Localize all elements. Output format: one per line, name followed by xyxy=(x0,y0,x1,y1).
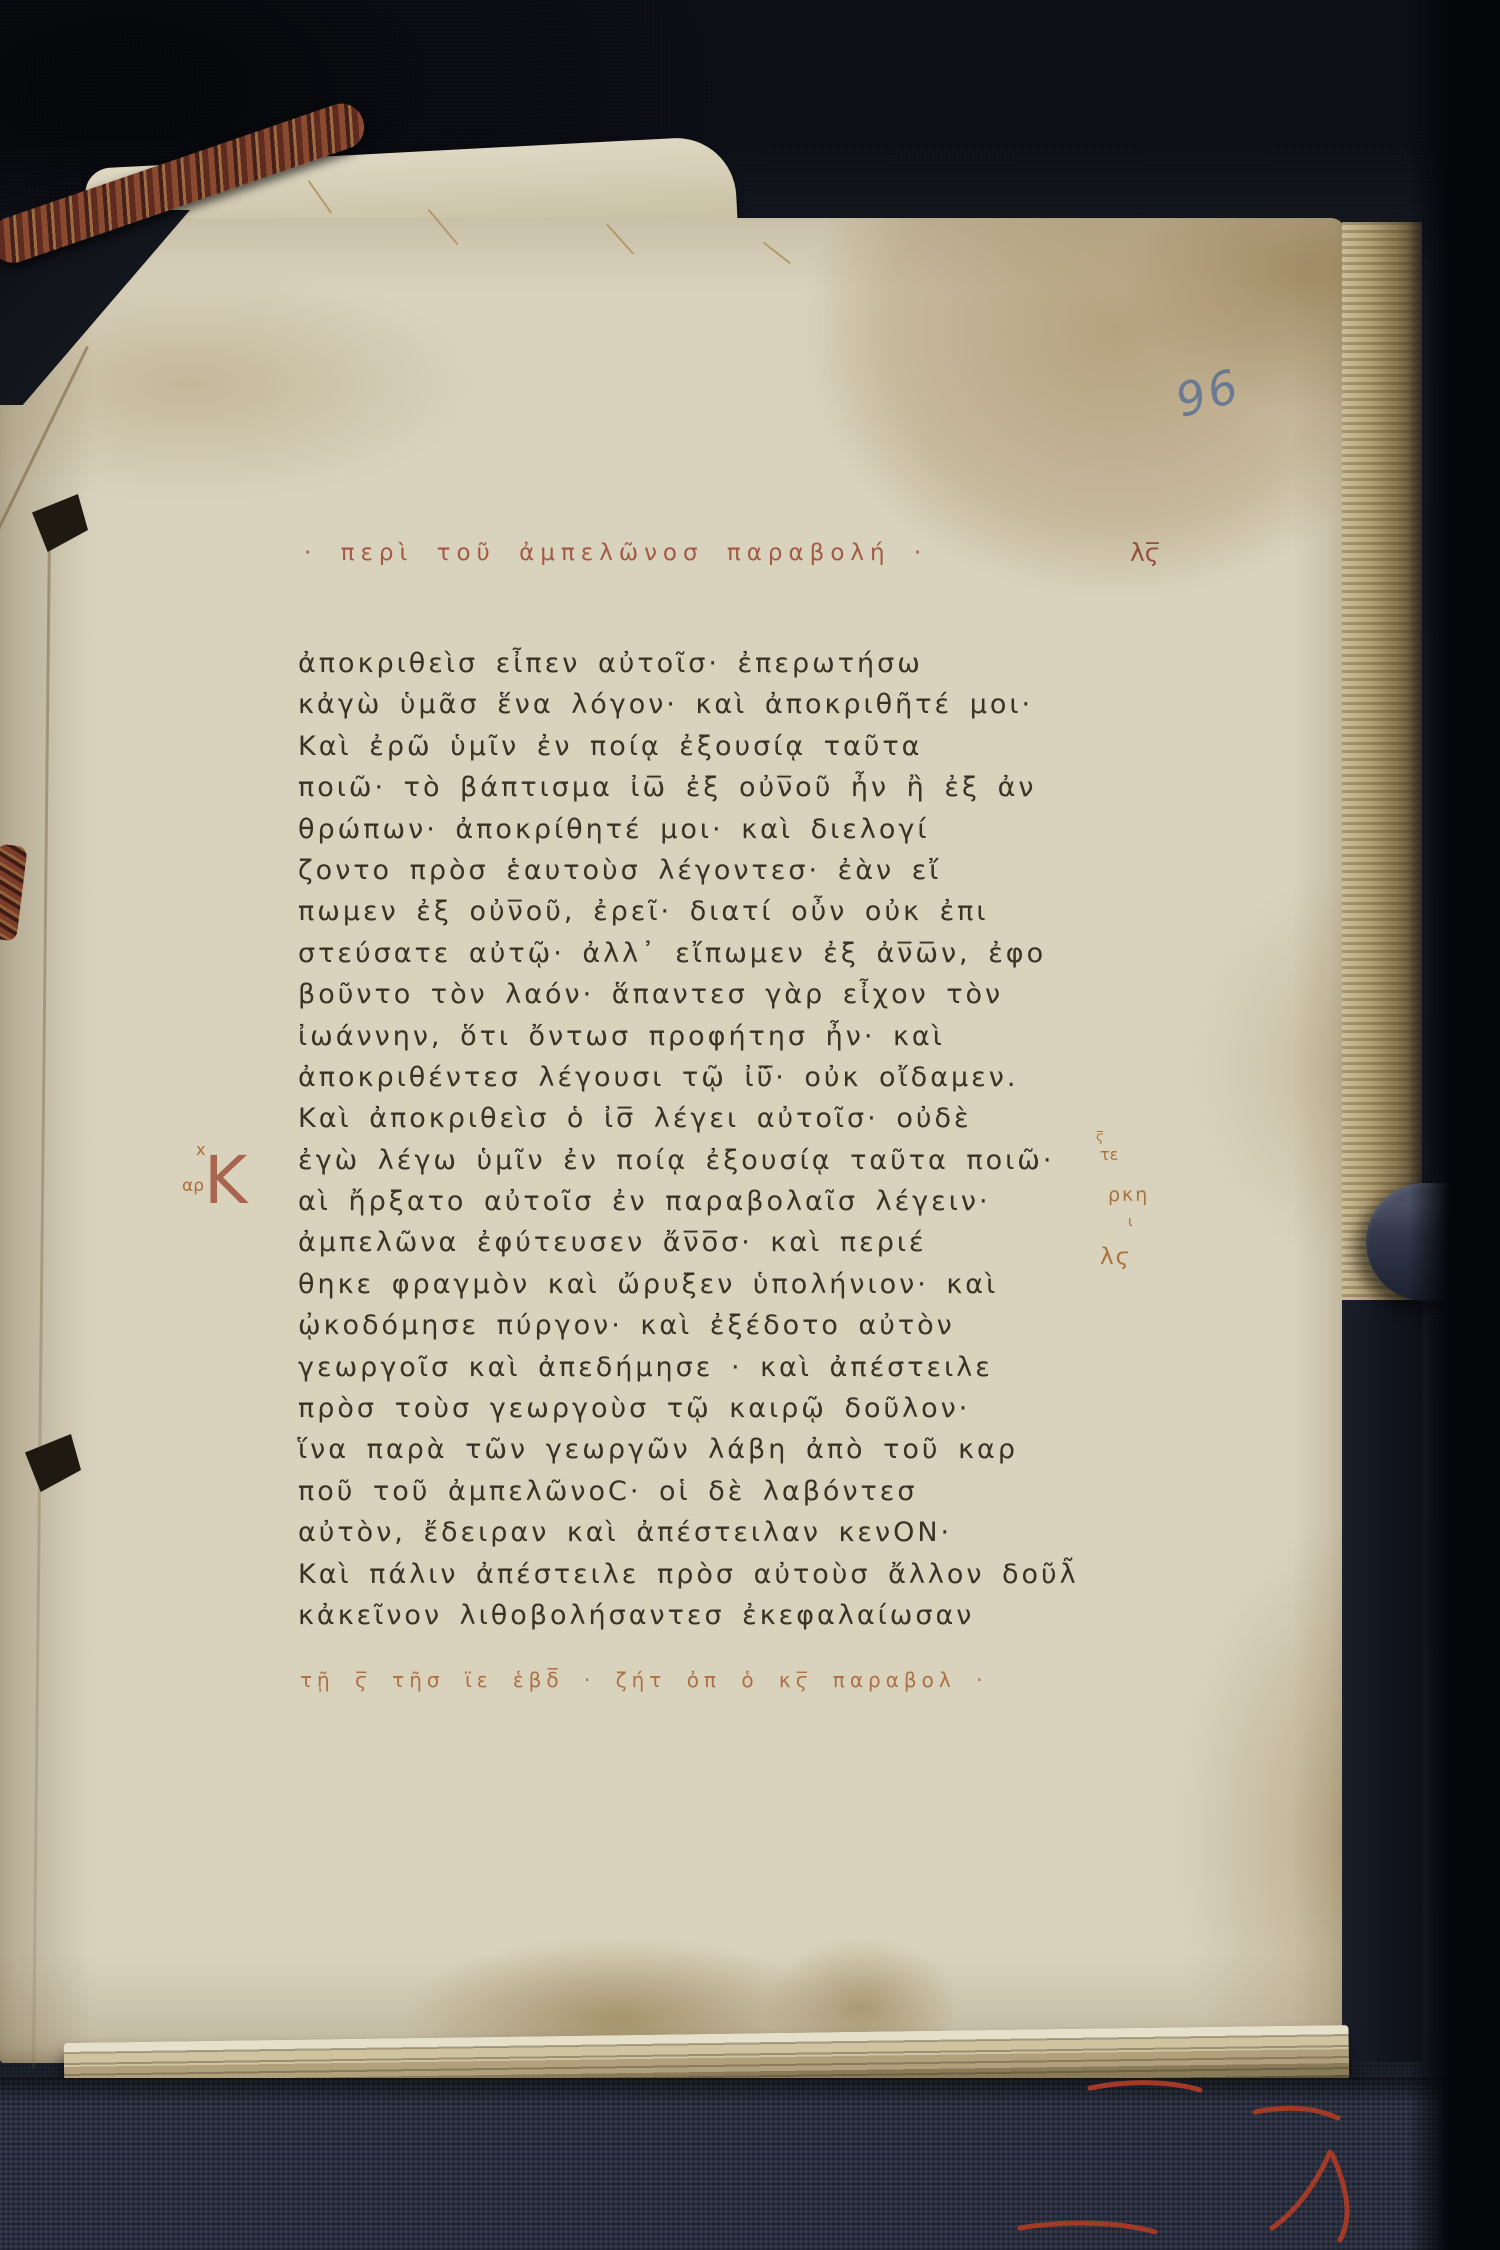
text-line: Καὶ ἐρῶ ὑμῖν ἐν ποίᾳ ἐξουσίᾳ ταῦτα xyxy=(298,731,1138,772)
text-line: πωμεν ἐξ οὐν̅οῦ, ἐρεῖ· διατί οὖν οὐκ ἐπι xyxy=(298,896,1138,937)
text-line: κἀκεῖνον λιθοβολήσαντεσ ἐκεφαλαίωσαν xyxy=(298,1600,1138,1641)
sewing-notch-upper xyxy=(32,494,88,552)
text-line: θρώπων· ἀποκρίθητέ μοι· καὶ διελογί xyxy=(298,814,1138,855)
text-line: ἵνα παρὰ τῶν γεωργῶν λάβη ἀπὸ τοῦ καρ xyxy=(298,1434,1138,1475)
gutter-shadow-right xyxy=(1408,0,1500,2250)
fold-crease-vertical xyxy=(32,518,51,2068)
sewing-notch-lower xyxy=(25,1434,81,1492)
parchment-page: 96 · περὶ τοῦ ἀμπελῶνοσ παραβολή · λϛ̅ x… xyxy=(0,218,1345,2063)
text-line: στεύσατε αὐτῷ· ἀλλ᾽ εἴπωμεν ἐξ ἀν̅ω̅ν, ἐ… xyxy=(298,938,1138,979)
rubricated-initial-kappa: Κ xyxy=(204,1148,247,1214)
margin-arche-mark: αρ xyxy=(182,1176,204,1196)
text-line: ἀμπελῶνα ἐφύτευσεν ἄν̅ο̅σ· καὶ περιέ xyxy=(298,1227,1138,1268)
text-line: ἰωάννην, ὅτι ὄντωσ προφήτησ ἦν· καὶ xyxy=(298,1021,1138,1062)
text-line: βοῦντο τὸν λαόν· ἅπαντεσ γὰρ εἶχον τὸν xyxy=(298,979,1138,1020)
text-line: Καὶ πάλιν ἀπέστειλε πρὸσ αὐτοὺσ ἄλλον δο… xyxy=(298,1559,1138,1600)
text-line: κἀγὼ ὑμᾶσ ἕνα λόγον· καὶ ἀποκριθῆτέ μοι· xyxy=(298,689,1138,730)
text-line: Καὶ ἀποκριθεὶσ ὁ ἰσ̅ λέγει αὐτοῖσ· οὐδὲ xyxy=(298,1103,1138,1144)
text-line: αὶ ἤρξατο αὐτοῖσ ἐν παραβολαῖσ λέγειν· xyxy=(298,1186,1138,1227)
text-line: ποιῶ· τὸ βάπτισμα ἰω̅ ἐξ οὐν̅οῦ ἦν ἢ ἐξ … xyxy=(298,772,1138,813)
text-line: ποῦ τοῦ ἀμπελῶνοC· οἱ δὲ λαβόντεσ xyxy=(298,1476,1138,1517)
text-line: ἐγὼ λέγω ὑμῖν ἐν ποίᾳ ἐξουσίᾳ ταῦτα ποιῶ… xyxy=(298,1145,1138,1186)
text-line: ζοντο πρὸσ ἑαυτοὺσ λέγοντεσ· ἐὰν εἴ xyxy=(298,855,1138,896)
kephalaion-number: λϛ̅ xyxy=(1130,538,1159,567)
main-text-block: ἀποκριθεὶσ εἶπεν αὐτοῖσ· ἐπερωτήσω κἀγὼ … xyxy=(298,648,1138,1641)
lection-cross-reference-rubric: τῇ ϛ̅ τῆσ ϊε ἑβδ̅ · ζήτ ὀπ ὁ κϛ̅ παραβολ… xyxy=(300,1668,987,1692)
folio-number: 96 xyxy=(1170,358,1247,428)
text-line: ἀποκριθεὶσ εἶπεν αὐτοῖσ· ἐπερωτήσω xyxy=(298,648,1138,689)
manuscript-photo: 96 · περὶ τοῦ ἀμπελῶνοσ παραβολή · λϛ̅ x… xyxy=(0,0,1500,2250)
text-line: γεωργοῖσ καὶ ἀπεδήμησε · καὶ ἀπέστειλε xyxy=(298,1352,1138,1393)
text-line: θηκε φραγμὸν καὶ ὤρυξεν ὑπολήνιον· καὶ xyxy=(298,1269,1138,1310)
text-line: ᾠκοδόμησε πύργον· καὶ ἐξέδοτο αὐτὸν xyxy=(298,1310,1138,1351)
text-line: ἀποκριθέντεσ λέγουσι τῷ ἰῦ̅· οὐκ οἴδαμεν… xyxy=(298,1062,1138,1103)
kephalaion-title-rubric: · περὶ τοῦ ἀμπελῶνοσ παραβολή · xyxy=(304,540,927,566)
text-line: αὐτὸν, ἔδειραν καὶ ἀπέστειλαν κενΟΝ· xyxy=(298,1517,1138,1558)
text-line: πρὸσ τοὺσ γεωργοὺσ τῷ καιρῷ δοῦλον· xyxy=(298,1393,1138,1434)
